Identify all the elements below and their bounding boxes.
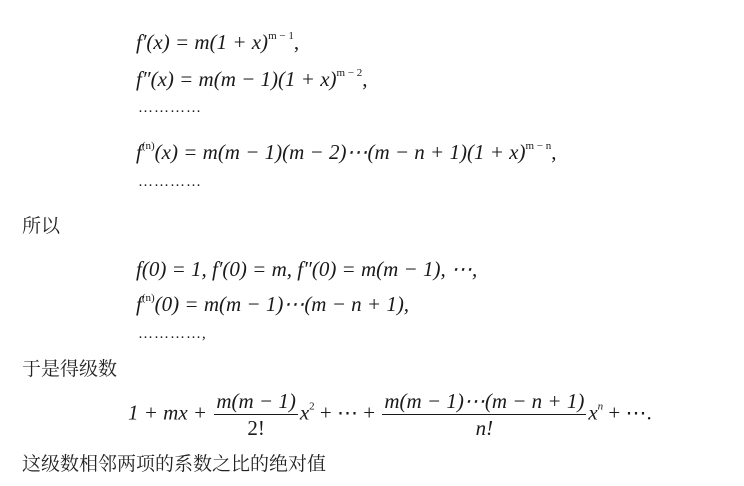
paragraph-so: 所以 [22, 214, 60, 238]
punctuation: , [362, 67, 367, 91]
series-ellipsis: + ⋯ + [320, 400, 375, 424]
formula-nth-value-at-zero: f(n)(0) = m(m − 1)⋯(m − n + 1), [136, 292, 409, 316]
paragraph-series-intro: 于是得级数 [22, 357, 117, 381]
formula-text: (0) = m(m − 1)⋯(m − n + 1), [155, 292, 409, 316]
formula-text: f′(x) = m(1 + x) [136, 30, 268, 54]
formula-second-derivative: f″(x) = m(m − 1)(1 + x)m − 2, [136, 67, 368, 91]
derivative-order: (n) [142, 140, 155, 152]
variable: x [588, 400, 597, 424]
fraction-nth-term: m(m − 1)⋯(m − n + 1) n! [382, 388, 586, 441]
formula-first-derivative: f′(x) = m(1 + x)m − 1, [136, 30, 299, 54]
derivative-order: (n) [142, 292, 155, 304]
punctuation: , [551, 140, 556, 164]
series-end: + ⋯. [608, 400, 651, 424]
exponent: m − 1 [268, 30, 294, 42]
exponent: n [598, 400, 604, 412]
formula-binomial-series: 1 + mx + m(m − 1) 2! x2 + ⋯ + m(m − 1)⋯(… [128, 388, 652, 441]
fraction-denominator: n! [382, 415, 586, 441]
exponent: m − n [525, 140, 551, 152]
paragraph-ratio-intro: 这级数相邻两项的系数之比的绝对值 [22, 452, 326, 476]
fraction-numerator: m(m − 1) [214, 388, 298, 415]
punctuation: , [294, 30, 299, 54]
ellipsis-row: …………, [138, 322, 207, 346]
variable: x [300, 400, 309, 424]
exponent: m − 2 [337, 67, 363, 79]
series-start: 1 + mx + [128, 400, 207, 424]
fraction-denominator: 2! [214, 415, 298, 441]
exponent: 2 [309, 400, 315, 412]
formula-text: (x) = m(m − 1)(m − 2)⋯(m − n + 1)(1 + x) [155, 140, 526, 164]
fraction-second-term: m(m − 1) 2! [214, 388, 298, 441]
formula-text: f(0) = 1, f′(0) = m, f″(0) = m(m − 1), ⋯… [136, 257, 477, 281]
ellipsis-row: ………… [138, 170, 202, 194]
ellipsis-row: ………… [138, 96, 202, 120]
formula-text: f″(x) = m(m − 1)(1 + x) [136, 67, 337, 91]
formula-values-at-zero: f(0) = 1, f′(0) = m, f″(0) = m(m − 1), ⋯… [136, 257, 477, 281]
fraction-numerator: m(m − 1)⋯(m − n + 1) [382, 388, 586, 415]
formula-nth-derivative: f(n)(x) = m(m − 1)(m − 2)⋯(m − n + 1)(1 … [136, 140, 556, 164]
